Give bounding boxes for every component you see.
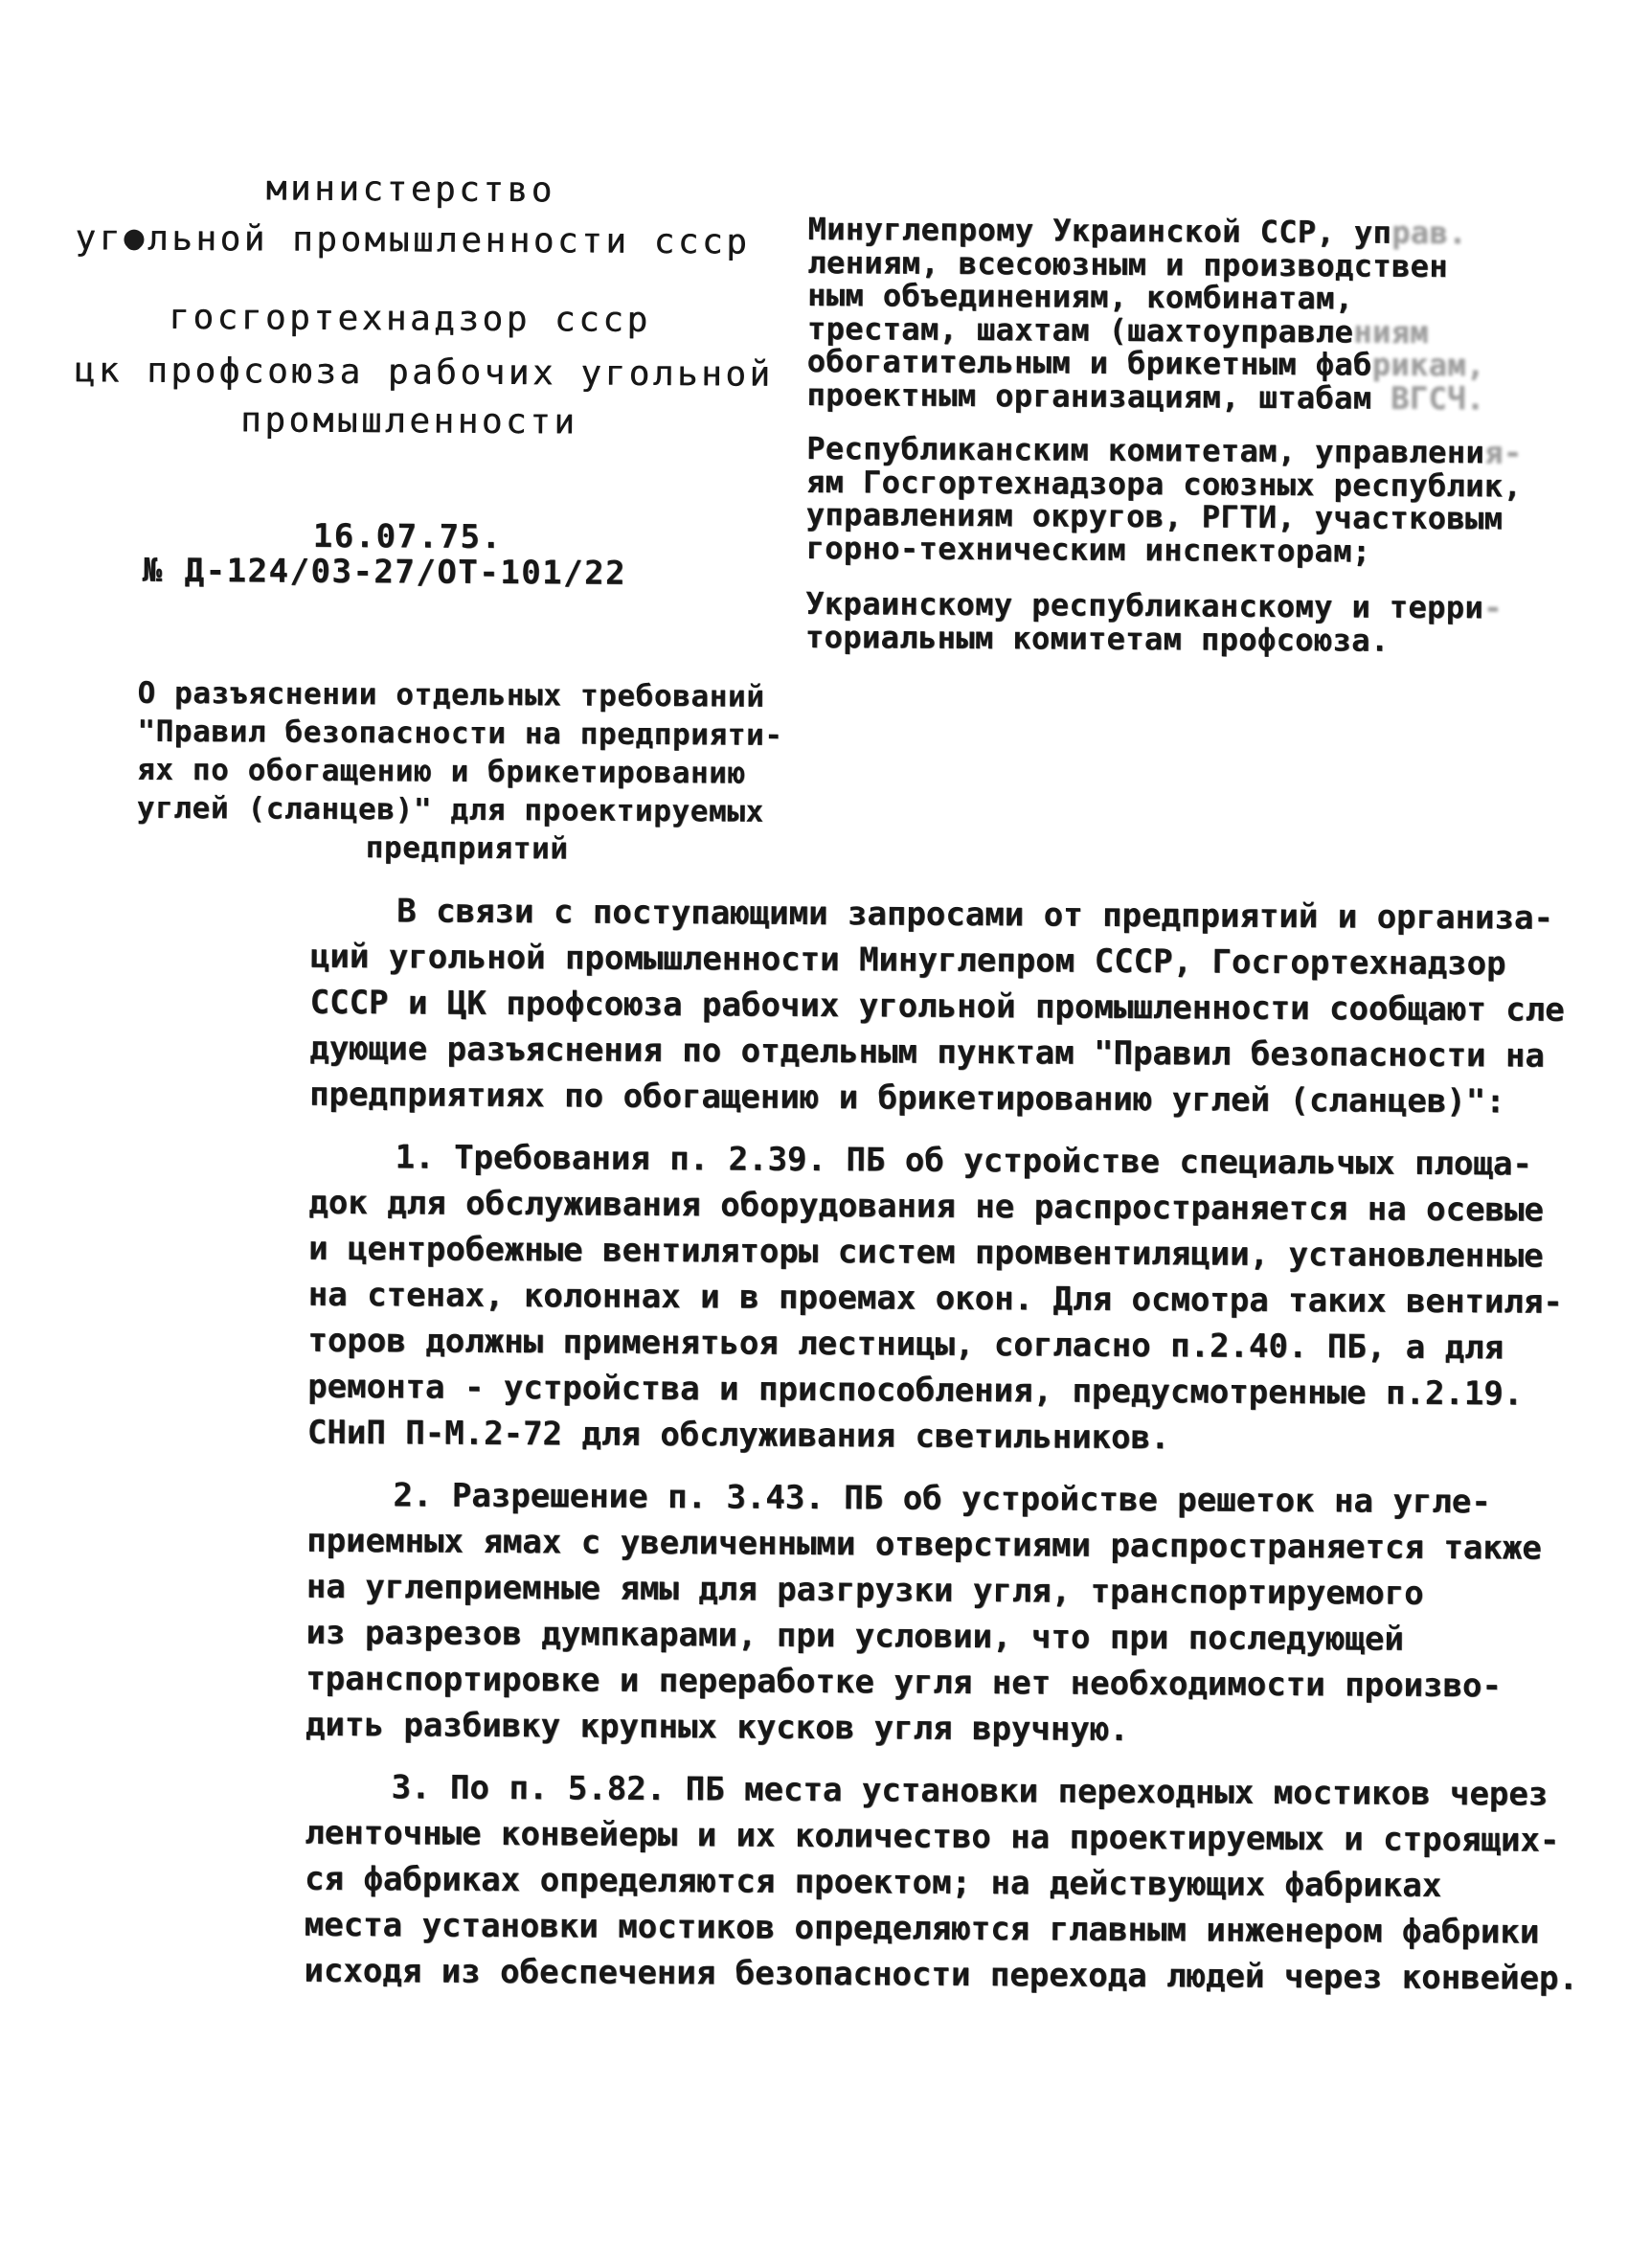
body-line: СССР и ЦК профсоюза рабочих угольной про… — [309, 980, 1583, 1033]
letter-date: 16.07.75. — [176, 518, 638, 556]
body-line: 3. По п. 5.82. ПБ места установки перехо… — [305, 1764, 1578, 1818]
body-line: В связи с поступающими запросами от пред… — [310, 888, 1584, 941]
smudged-print: ниям — [1353, 313, 1429, 350]
body-line: на стенах, колоннах и в проемах окон. Дл… — [308, 1272, 1582, 1326]
body-line: док для обслуживания оборудования не рас… — [308, 1180, 1582, 1234]
body-line: и центробежные вентиляторы систем промве… — [308, 1226, 1582, 1280]
body-line: исходя из обеспечения безопасности перех… — [304, 1948, 1577, 2002]
union-committee-line1: цк профсоюза рабочих угольной — [74, 351, 744, 394]
subject-line: "Правил безопасности на предприяти- — [137, 713, 798, 755]
subject-line: углей (сланцев)" для проектируемых — [137, 789, 798, 831]
ministry-name-line1: министерство — [76, 168, 746, 211]
addressee-line: проектным организациям, штабам ВГСЧ. — [806, 377, 1592, 416]
smudged-print: я- — [1484, 434, 1523, 470]
body-line: на углеприемные ямы для разгрузки угля, … — [306, 1564, 1580, 1618]
body-line: ций угольной промышленности Минуглепром … — [310, 934, 1584, 987]
addressee-paragraph: Республиканским комитетам, управления- я… — [805, 432, 1592, 569]
subject-block: О разъяснении отдельных требований "Прав… — [136, 674, 798, 870]
paragraph-item-1: 1. Требования п. 2.39. ПБ об устройстве … — [307, 1134, 1583, 1463]
ink-blot: о — [124, 219, 147, 259]
body-line: приемных ямах с увеличенными отверстиями… — [306, 1518, 1580, 1572]
body-line: места установки мостиков определяются гл… — [305, 1902, 1578, 1956]
reference-number: № Д-124/03-27/ОТ-101/22 — [130, 554, 638, 592]
gosgortehnadzor-line: госгортехнадзор ссср — [75, 297, 745, 340]
addressee-paragraph: Минуглепрому Украинской ССР, управ. лени… — [806, 213, 1593, 416]
paragraph-item-3: 3. По п. 5.82. ПБ места установки перехо… — [304, 1764, 1578, 2002]
reference-block: 16.07.75. № Д-124/03-27/ОТ-101/22 — [130, 518, 638, 592]
addressees-block: Минуглепрому Украинской ССР, управ. лени… — [805, 213, 1594, 658]
addressee-paragraph: Украинскому республиканскому и терри- то… — [805, 587, 1591, 658]
body-line: 2. Разрешение п. 3.43. ПБ об устройстве … — [306, 1472, 1580, 1526]
paragraph-intro: В связи с поступающими запросами от пред… — [309, 888, 1584, 1125]
smudged-print: рав. — [1391, 215, 1467, 251]
body-line: ремонта - устройства и приспособления, п… — [307, 1364, 1581, 1417]
subject-line: О разъяснении отдельных требований — [137, 674, 798, 716]
body-line: ся фабриках определяются проектом; на де… — [305, 1856, 1578, 1910]
ministry-name-line2: угольной промышленности ссср — [75, 218, 745, 261]
smudged-print: ВГСЧ. — [1391, 379, 1485, 417]
body-line: транспортировке и переработке угля нет н… — [305, 1656, 1579, 1710]
addressee-text: горно-техническим инспекторам; — [805, 529, 1370, 569]
body-line: предприятиях по обогащению и брикетирова… — [309, 1072, 1583, 1125]
ministry-name-part: льной промышленности ссср — [147, 219, 751, 262]
paragraph-item-2: 2. Разрешение п. 3.43. ПБ об устройстве … — [305, 1472, 1581, 1756]
subject-line: ях по обогащению и брикетированию — [137, 751, 798, 793]
union-committee-line2: промышленности — [74, 399, 744, 442]
body-line: дить разбивку крупных кусков угля вручну… — [305, 1702, 1579, 1756]
addressee-text: ториальным комитетам профсоюза. — [805, 618, 1390, 658]
addressee-line: горно-техническим инспекторам; — [805, 531, 1591, 569]
letter-body: В связи с поступающими запросами от пред… — [304, 888, 1584, 2002]
body-line: СНиП П-М.2-72 для обслуживания светильни… — [307, 1410, 1581, 1463]
body-line: из разрезов думпкарами, при условии, что… — [305, 1610, 1579, 1664]
scanned-letter-page: министерство угольной промышленности ссс… — [0, 0, 1628, 2268]
addressee-line: ториальным комитетам профсоюза. — [805, 620, 1591, 658]
body-line: 1. Требования п. 2.39. ПБ об устройстве … — [308, 1134, 1582, 1188]
body-line: дующие разъяснения по отдельным пунктам … — [309, 1026, 1583, 1079]
addressee-text: проектным организациям, штабам — [806, 375, 1391, 416]
ministry-name-part: уг — [75, 218, 124, 258]
smudged-print: рикам, — [1372, 347, 1485, 384]
body-line: ленточные конвейеры и их количество на п… — [305, 1810, 1578, 1864]
subject-line: предприятий — [136, 828, 797, 870]
smudged-print: - — [1483, 589, 1503, 625]
body-line: торов должны применятьоя лестницы, согла… — [307, 1318, 1581, 1372]
